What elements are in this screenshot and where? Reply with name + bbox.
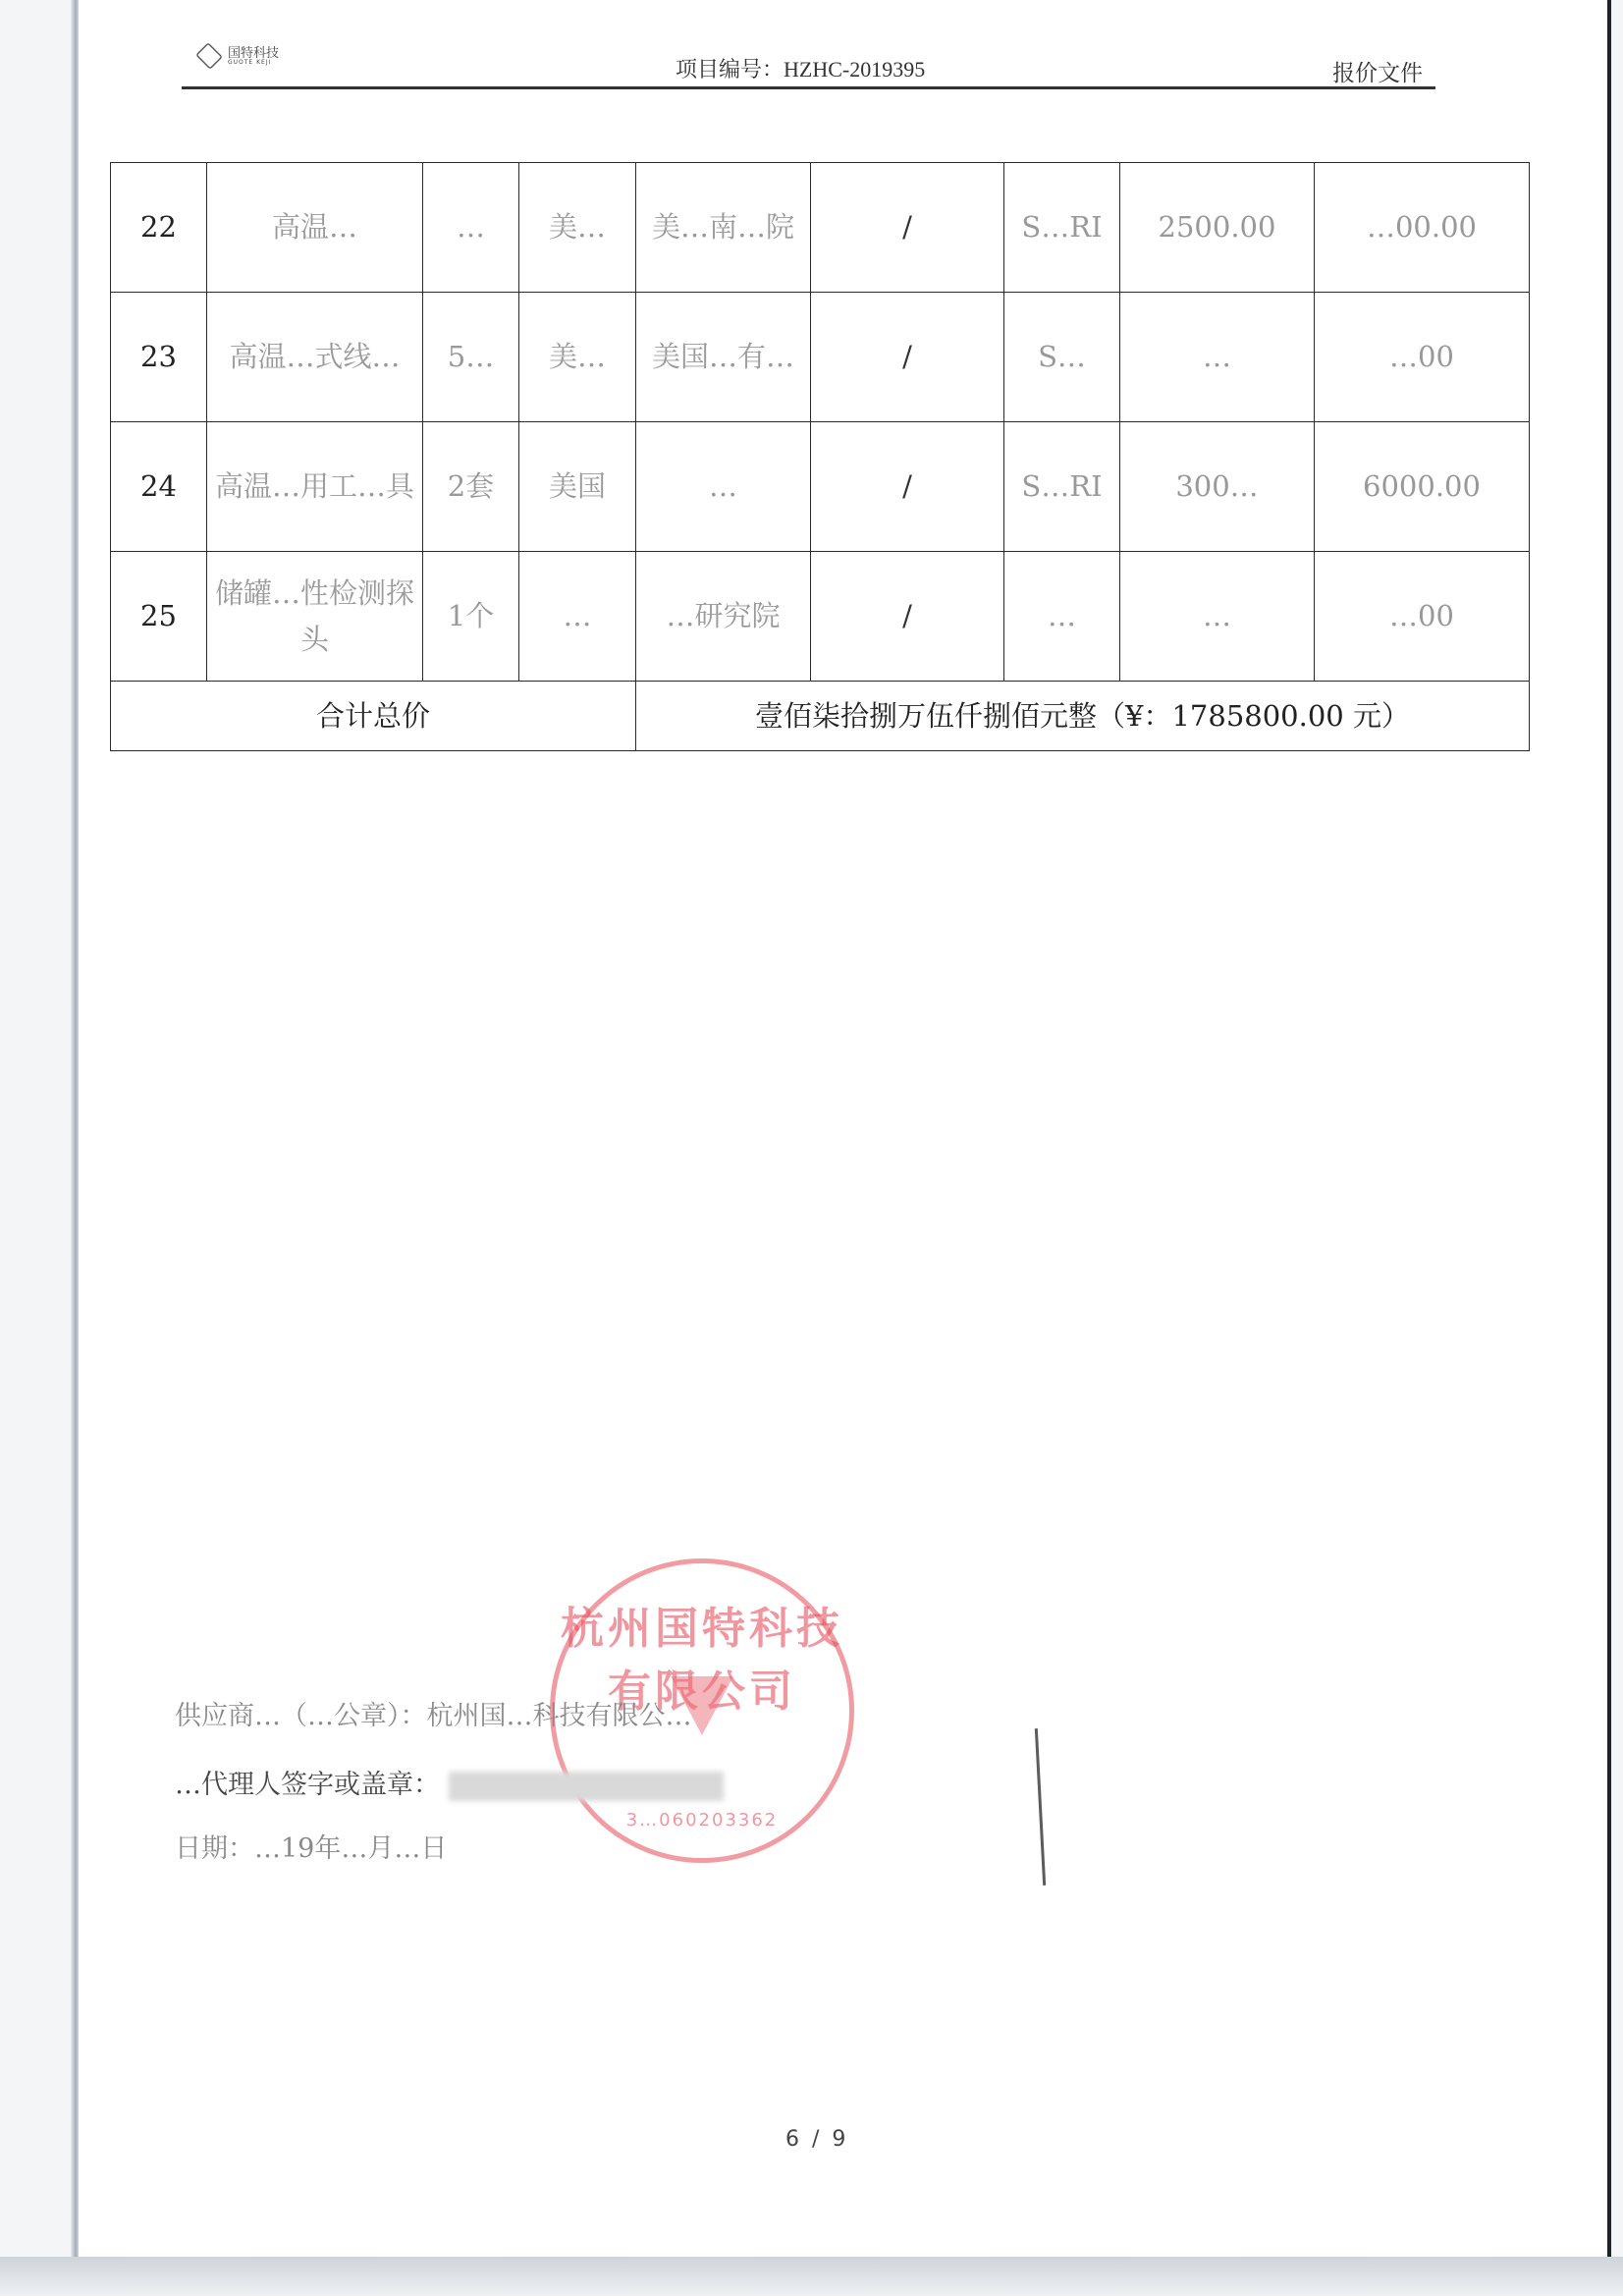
cell-model: / xyxy=(811,293,1004,422)
table-row: 24高温…用工…具2套美国…/S…RI300…6000.00 xyxy=(111,422,1530,552)
document-type: 报价文件 xyxy=(1332,55,1423,87)
table-row: 23高温…式线…5…美…美国…有…/S………00 xyxy=(111,293,1530,422)
seal-code: 3…060203362 xyxy=(555,1810,849,1831)
supplier-line: 供应商…（…公章）：杭州国…科技有限公… xyxy=(175,1694,692,1732)
cell-origin: … xyxy=(519,552,636,682)
cell-model: / xyxy=(811,422,1004,552)
cell-no: 22 xyxy=(111,163,207,293)
cell-maker: …研究院 xyxy=(636,552,811,682)
redacted-signature xyxy=(449,1772,724,1801)
cell-price: … xyxy=(1120,552,1315,682)
cell-qty: 1个 xyxy=(423,552,519,682)
cell-total: 6000.00 xyxy=(1315,422,1530,552)
cell-qty: 5… xyxy=(423,293,519,422)
cell-price: 2500.00 xyxy=(1120,163,1315,293)
cell-maker: 美国…有… xyxy=(636,293,811,422)
company-logo: 国特科技 GUOTE KEJI xyxy=(194,43,279,69)
cell-unit: S…RI xyxy=(1004,163,1120,293)
cell-price: 300… xyxy=(1120,422,1315,552)
total-label: 合计总价 xyxy=(111,682,636,751)
table-row: 22高温……美…美…南…院/S…RI2500.00…00.00 xyxy=(111,163,1530,293)
cell-total: …00 xyxy=(1315,552,1530,682)
header-divider xyxy=(182,86,1435,89)
cell-model: / xyxy=(811,163,1004,293)
cell-qty: 2套 xyxy=(423,422,519,552)
cell-model: / xyxy=(811,552,1004,682)
total-value: 壹佰柒拾捌万伍仟捌佰元整（¥：1785800.00 元） xyxy=(636,682,1530,751)
page-number: 6 / 9 xyxy=(785,2127,848,2152)
cell-origin: 美… xyxy=(519,293,636,422)
cell-total: …00.00 xyxy=(1315,163,1530,293)
cell-origin: 美… xyxy=(519,163,636,293)
cell-name: 高温…用工…具 xyxy=(207,422,423,552)
cell-total: …00 xyxy=(1315,293,1530,422)
cell-no: 24 xyxy=(111,422,207,552)
cell-maker: … xyxy=(636,422,811,552)
cell-name: 高温… xyxy=(207,163,423,293)
cell-unit: S… xyxy=(1004,293,1120,422)
cell-origin: 美国 xyxy=(519,422,636,552)
cell-unit: S…RI xyxy=(1004,422,1120,552)
total-row: 合计总价 壹佰柒拾捌万伍仟捌佰元整（¥：1785800.00 元） xyxy=(111,682,1530,751)
cell-qty: … xyxy=(423,163,519,293)
cell-maker: 美…南…院 xyxy=(636,163,811,293)
table-row: 25储罐…性检测探头1个……研究院/………00 xyxy=(111,552,1530,682)
logo-subtitle: GUOTE KEJI xyxy=(228,60,279,66)
cell-unit: … xyxy=(1004,552,1120,682)
representative-line: …代理人签字或盖章： xyxy=(175,1763,724,1801)
cell-no: 23 xyxy=(111,293,207,422)
cell-name: 储罐…性检测探头 xyxy=(207,552,423,682)
quote-table: 22高温……美…美…南…院/S…RI2500.00…00.0023高温…式线…5… xyxy=(110,162,1530,751)
cell-no: 25 xyxy=(111,552,207,682)
scan-bottom-edge xyxy=(0,2257,1623,2296)
cell-price: … xyxy=(1120,293,1315,422)
project-number: 项目编号：HZHC-2019395 xyxy=(676,53,925,83)
cell-name: 高温…式线… xyxy=(207,293,423,422)
date-line: 日期：…19年…月…日 xyxy=(175,1827,447,1865)
logo-icon xyxy=(195,42,223,70)
